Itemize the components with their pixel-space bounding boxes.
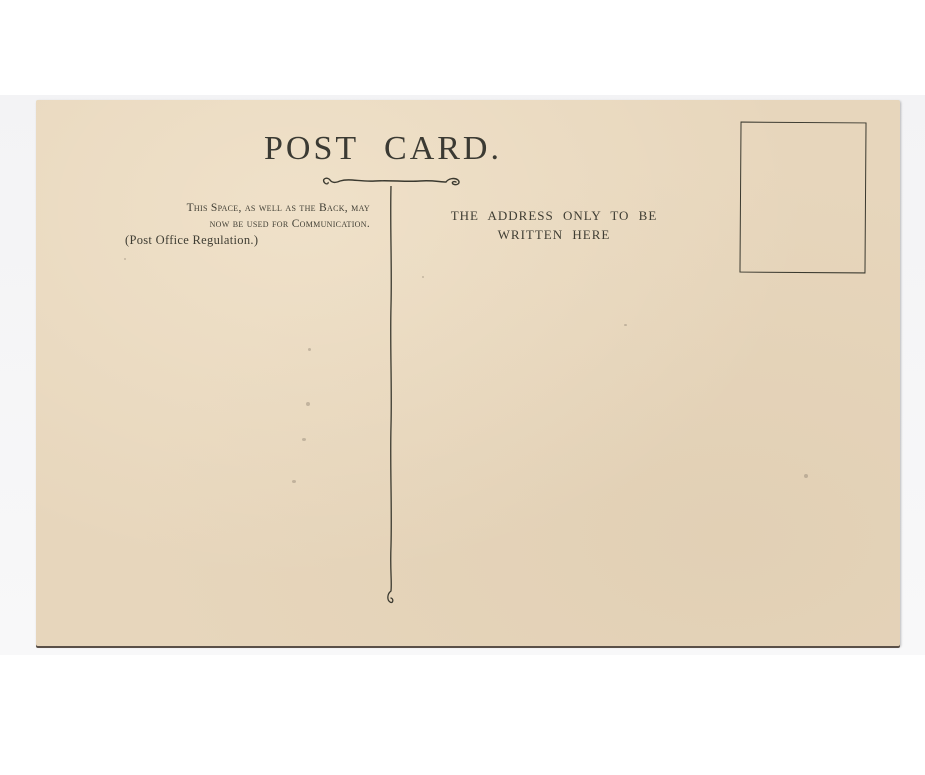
paper-speck (302, 438, 306, 441)
paper-speck (422, 276, 424, 278)
paper-speck (292, 480, 296, 483)
communication-notice: This Space, as well as the Back, may now… (102, 200, 370, 248)
address-instruction: THE ADDRESS ONLY TO BE WRITTEN HERE (424, 206, 684, 244)
paper-speck (306, 402, 310, 406)
communication-notice-line2: now be used for Communication. (102, 216, 370, 232)
address-instruction-line1: THE ADDRESS ONLY TO BE (424, 206, 684, 225)
paper-speck (624, 324, 627, 326)
paper-speck (124, 258, 126, 260)
communication-notice-line1: This Space, as well as the Back, may (102, 200, 370, 216)
vertical-divider-line (384, 186, 398, 608)
postcard-title: POST CARD. (264, 130, 502, 168)
post-office-regulation: (Post Office Regulation.) (102, 232, 370, 248)
postcard: POST CARD. This Space, as well as the Ba… (36, 100, 900, 646)
address-instruction-line2: WRITTEN HERE (424, 225, 684, 244)
paper-speck (308, 348, 311, 351)
stamp-box (739, 122, 866, 274)
paper-speck (804, 474, 808, 478)
